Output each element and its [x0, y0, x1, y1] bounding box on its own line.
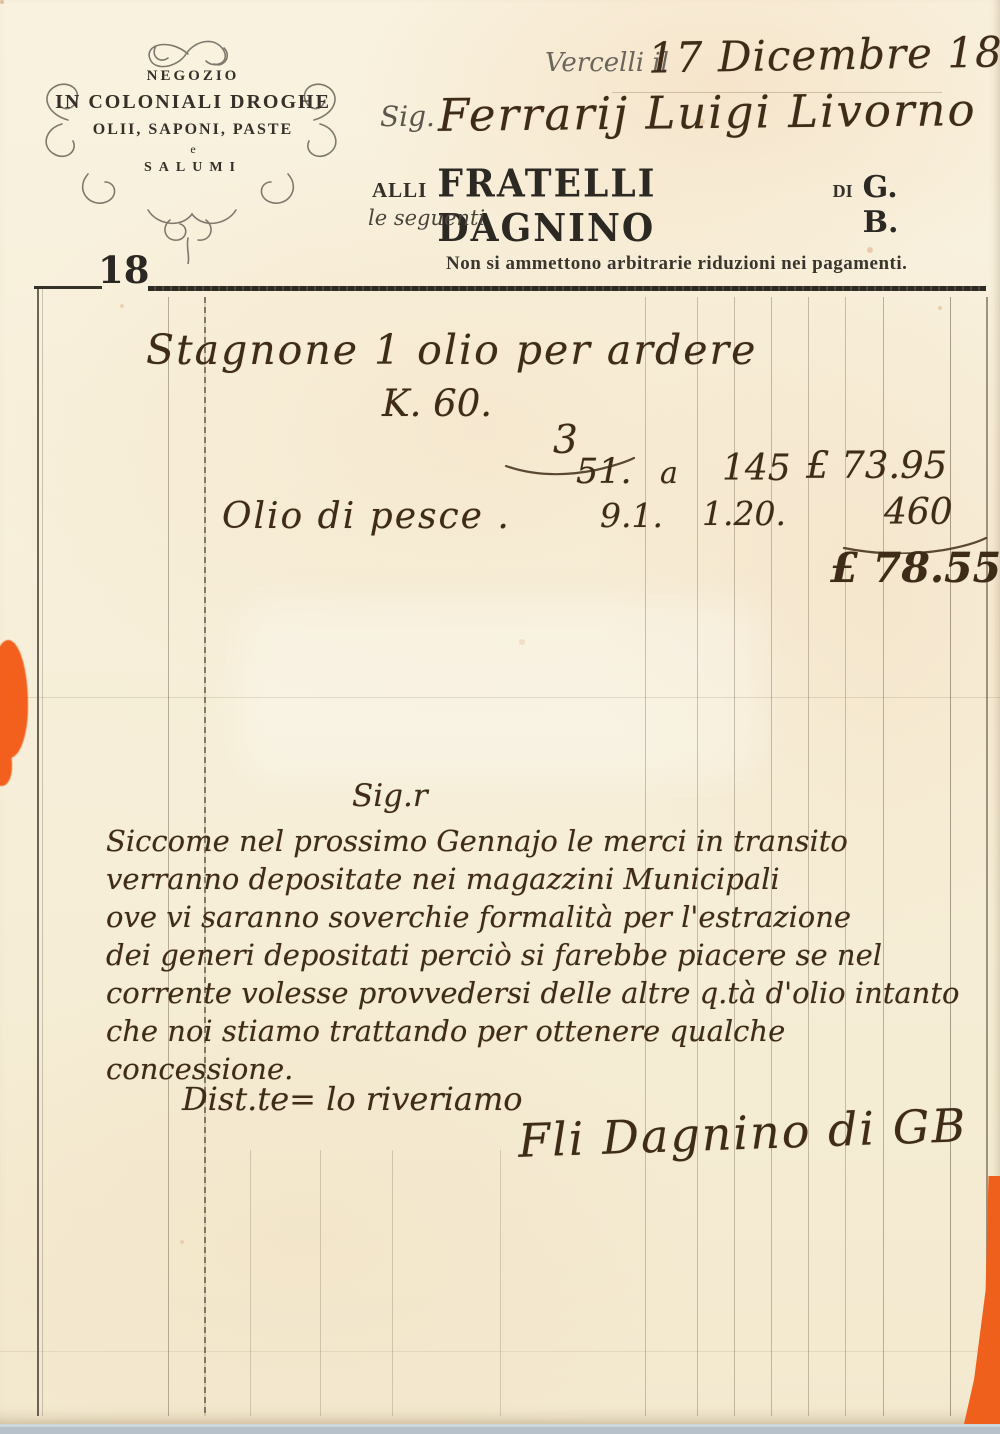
orange-backing-corner	[964, 1176, 1000, 1424]
foxing-specks	[0, 0, 4, 4]
letter-closing: Dist.te= lo riveriamo	[182, 1080, 523, 1118]
letter-salutation: Sig.r	[352, 778, 428, 814]
letter-line: corrente volesse provvedersi delle altre…	[106, 974, 986, 1012]
invoice-item1-at: a	[660, 456, 678, 491]
invoice-total: £ 78.55	[830, 544, 1000, 592]
letterhead-line: IN COLONIALI DROGHE	[48, 91, 338, 114]
faint-watermark-area	[240, 600, 760, 780]
letter-body: Siccome nel prossimo Gennajo le merci in…	[106, 822, 986, 1088]
letter-line: Siccome nel prossimo Gennajo le merci in…	[106, 822, 986, 860]
sheet-number: 18	[98, 248, 150, 292]
letter-line: che noi stiamo trattando per ottenere qu…	[106, 1012, 986, 1050]
table-rule-vertical	[392, 1150, 393, 1416]
handwritten-addressee: Ferrarij Luigi Livorno	[438, 83, 977, 142]
firm-prefix: ALLI	[372, 178, 427, 203]
invoice-item1-net: 51.	[576, 452, 632, 492]
firm-name: FRATELLI DAGNINO	[437, 161, 822, 250]
fold-crease	[0, 1351, 1000, 1352]
letterhead-line: NEGOZIO	[48, 68, 338, 85]
table-rule-vertical	[500, 1150, 501, 1416]
letter-line: ove vi saranno soverchie formalità per l…	[106, 898, 986, 936]
letterhead-line: OLII, SAPONI, PASTE	[48, 121, 338, 139]
invoice-item2-qty: 9.1.	[600, 496, 663, 535]
letter-line: verranno depositate nei magazzini Munici…	[106, 860, 986, 898]
handwritten-date: 17 Dicembre 1875	[648, 26, 1000, 82]
document-sheet: NEGOZIO IN COLONIALI DROGHE OLII, SAPONI…	[0, 0, 1000, 1424]
invoice-item2-price: 1.20.	[702, 494, 786, 533]
invoice-item1-price: 145	[722, 448, 791, 489]
scanned-invoice-page: NEGOZIO IN COLONIALI DROGHE OLII, SAPONI…	[0, 0, 1000, 1434]
letter-line: dei generi depositati perciò si farebbe …	[106, 936, 986, 974]
invoice-item2-amount: 460	[884, 492, 953, 533]
firm-suffix-gb: G. B.	[863, 170, 932, 240]
table-rule-vertical	[250, 1150, 251, 1416]
table-rule-vertical	[320, 1150, 321, 1416]
torn-edge-orange-blob	[0, 640, 28, 758]
fold-crease	[0, 697, 1000, 698]
invoice-item1-desc: Stagnone 1 olio per ardere	[146, 326, 757, 374]
invoice-item2-desc: Olio di pesce .	[222, 496, 511, 537]
letterhead: NEGOZIO IN COLONIALI DROGHE OLII, SAPONI…	[48, 46, 338, 176]
invoice-item1-weight: K. 60.	[382, 382, 492, 425]
invoice-item1-amount: £ 73.95	[806, 444, 947, 487]
payment-notice: Non si ammettono arbitrarie riduzioni ne…	[446, 253, 907, 275]
letterhead-line: SALUMI	[48, 160, 338, 176]
lead-in-text: le seguenti	[368, 206, 485, 230]
table-top-rule	[148, 286, 986, 291]
table-rule-vertical	[42, 288, 43, 1416]
letterhead-line: e	[48, 142, 338, 157]
letter-signature: Fli Dagnino di GB	[517, 1098, 968, 1168]
table-rule-vertical	[37, 288, 39, 1416]
rule-left-segment	[34, 286, 102, 289]
firm-suffix-di: DI	[833, 181, 853, 202]
addressee-label: Sig.	[380, 100, 435, 133]
